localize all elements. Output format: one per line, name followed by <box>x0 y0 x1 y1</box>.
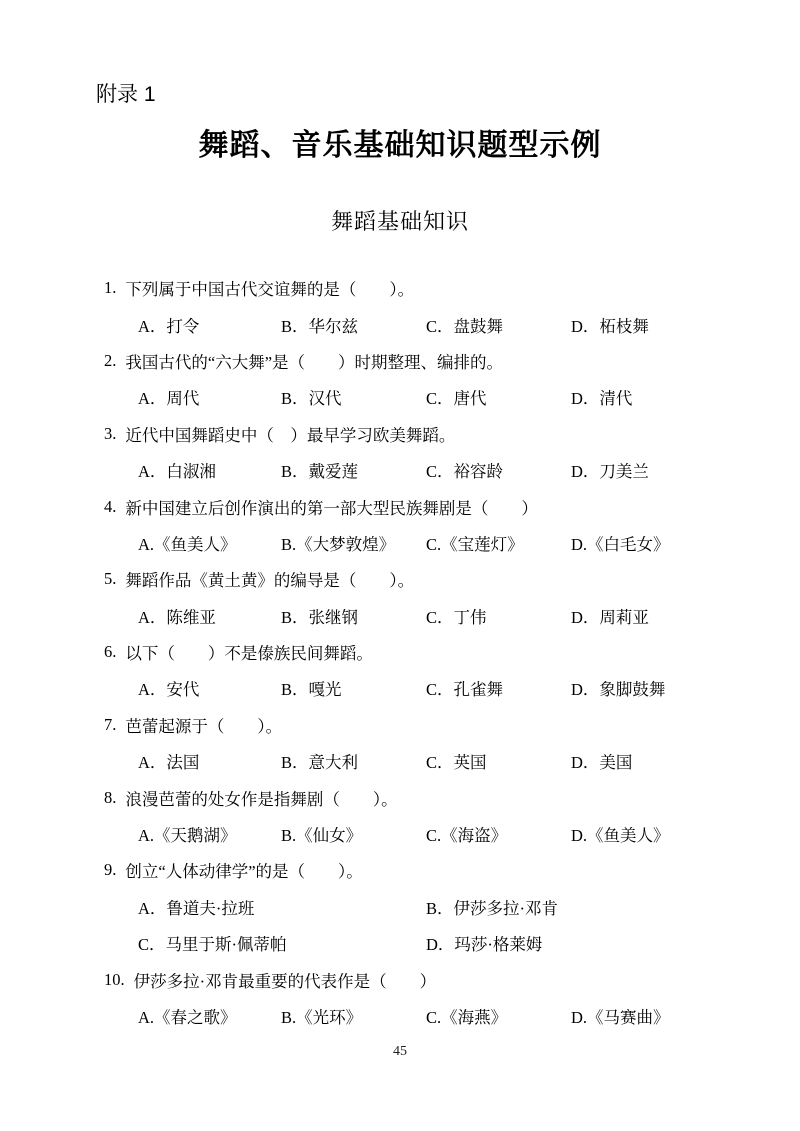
question-7-number: 7. <box>104 715 116 735</box>
question-5-option-d: D．周莉亚 <box>571 604 649 628</box>
question-9-options-row-1: A．鲁道夫·拉班 B．伊莎多拉·邓肯 <box>104 889 756 925</box>
question-5-option-b: B．张继钢 <box>281 604 426 628</box>
document-title: 舞蹈、音乐基础知识题型示例 <box>0 120 800 164</box>
question-1-stem: 1. 下列属于中国古代交谊舞的是（ ）。 <box>104 270 756 306</box>
question-3-option-a: A．白淑湘 <box>138 458 281 482</box>
question-2-text: 我国古代的“六大舞”是（ ）时期整理、编排的。 <box>125 349 503 373</box>
question-6-option-a: A．安代 <box>138 676 281 700</box>
question-4-options: A.《鱼美人》 B.《大梦敦煌》 C.《宝莲灯》 D.《白毛女》 <box>104 525 756 561</box>
question-1-option-d: D．柘枝舞 <box>571 313 649 337</box>
question-10-stem: 10. 伊莎多拉·邓肯最重要的代表作是（ ） <box>104 961 756 997</box>
question-10-option-b: B.《光环》 <box>281 1004 426 1028</box>
question-4-option-d: D.《白毛女》 <box>571 531 670 555</box>
question-6-option-d: D．象脚鼓舞 <box>571 676 665 700</box>
question-10-option-c: C.《海燕》 <box>426 1004 571 1028</box>
question-10-option-d: D.《马赛曲》 <box>571 1004 670 1028</box>
question-5-number: 5. <box>104 569 116 589</box>
question-2-option-c: C．唐代 <box>426 385 571 409</box>
question-9-option-d: D．玛莎·格莱姆 <box>426 931 542 955</box>
question-1-option-b: B．华尔兹 <box>281 313 426 337</box>
question-3-text: 近代中国舞蹈史中（ ）最早学习欧美舞蹈。 <box>125 422 455 446</box>
question-5-option-a: A．陈维亚 <box>138 604 281 628</box>
question-3-number: 3. <box>104 424 116 444</box>
question-9-option-a: A．鲁道夫·拉班 <box>138 895 426 919</box>
question-8-option-d: D.《鱼美人》 <box>571 822 670 846</box>
question-7-stem: 7. 芭蕾起源于（ ）。 <box>104 707 756 743</box>
question-7-option-a: A．法国 <box>138 749 281 773</box>
question-6-number: 6. <box>104 642 116 662</box>
question-9-option-b: B．伊莎多拉·邓肯 <box>426 895 558 919</box>
question-9-options-row-2: C．马里于斯·佩蒂帕 D．玛莎·格莱姆 <box>104 925 756 961</box>
question-8-number: 8. <box>104 788 116 808</box>
question-5-stem: 5. 舞蹈作品《黄土黄》的编导是（ ）。 <box>104 561 756 597</box>
question-2-option-a: A．周代 <box>138 385 281 409</box>
document-page: 附录 1 舞蹈、音乐基础知识题型示例 舞蹈基础知识 1. 下列属于中国古代交谊舞… <box>0 0 800 1131</box>
question-3-option-c: C．裕容龄 <box>426 458 571 482</box>
question-6-text: 以下（ ）不是傣族民间舞蹈。 <box>125 640 373 664</box>
question-1-option-c: C．盘鼓舞 <box>426 313 571 337</box>
question-4-number: 4. <box>104 497 116 517</box>
question-3-stem: 3. 近代中国舞蹈史中（ ）最早学习欧美舞蹈。 <box>104 416 756 452</box>
question-8-text: 浪漫芭蕾的处女作是指舞剧（ ）。 <box>125 786 397 810</box>
question-4-stem: 4. 新中国建立后创作演出的第一部大型民族舞剧是（ ） <box>104 488 756 524</box>
question-2-number: 2. <box>104 351 116 371</box>
question-7-option-d: D．美国 <box>571 749 632 773</box>
question-4-text: 新中国建立后创作演出的第一部大型民族舞剧是（ ） <box>125 495 538 519</box>
question-1-text: 下列属于中国古代交谊舞的是（ ）。 <box>125 276 414 300</box>
question-6-option-c: C．孔雀舞 <box>426 676 571 700</box>
question-4-option-a: A.《鱼美人》 <box>138 531 281 555</box>
question-6-stem: 6. 以下（ ）不是傣族民间舞蹈。 <box>104 634 756 670</box>
question-8-options: A.《天鹅湖》 B.《仙女》 C.《海盗》 D.《鱼美人》 <box>104 816 756 852</box>
question-2-options: A．周代 B．汉代 C．唐代 D．清代 <box>104 379 756 415</box>
question-5-option-c: C．丁伟 <box>426 604 571 628</box>
question-9-option-c: C．马里于斯·佩蒂帕 <box>138 931 426 955</box>
question-10-number: 10. <box>104 970 125 990</box>
question-1-number: 1. <box>104 278 116 298</box>
question-4-option-c: C.《宝莲灯》 <box>426 531 571 555</box>
question-5-options: A．陈维亚 B．张继钢 C．丁伟 D．周莉亚 <box>104 598 756 634</box>
question-8-stem: 8. 浪漫芭蕾的处女作是指舞剧（ ）。 <box>104 779 756 815</box>
question-3-options: A．白淑湘 B．戴爱莲 C．裕容龄 D．刀美兰 <box>104 452 756 488</box>
question-2-stem: 2. 我国古代的“六大舞”是（ ）时期整理、编排的。 <box>104 343 756 379</box>
question-7-option-b: B．意大利 <box>281 749 426 773</box>
question-10-text: 伊莎多拉·邓肯最重要的代表作是（ ） <box>134 968 437 992</box>
section-subtitle: 舞蹈基础知识 <box>0 205 800 236</box>
question-2-option-b: B．汉代 <box>281 385 426 409</box>
question-5-text: 舞蹈作品《黄土黄》的编导是（ ）。 <box>125 567 414 591</box>
appendix-label: 附录 1 <box>96 78 156 108</box>
page-number: 45 <box>0 1044 800 1060</box>
question-8-option-c: C.《海盗》 <box>426 822 571 846</box>
question-3-option-b: B．戴爱莲 <box>281 458 426 482</box>
question-1-options: A．打令 B．华尔兹 C．盘鼓舞 D．柘枝舞 <box>104 306 756 342</box>
question-10-option-a: A.《春之歌》 <box>138 1004 281 1028</box>
question-7-options: A．法国 B．意大利 C．英国 D．美国 <box>104 743 756 779</box>
question-8-option-b: B.《仙女》 <box>281 822 426 846</box>
question-9-number: 9. <box>104 860 116 880</box>
question-2-option-d: D．清代 <box>571 385 632 409</box>
question-7-option-c: C．英国 <box>426 749 571 773</box>
question-7-text: 芭蕾起源于（ ）。 <box>125 713 282 737</box>
questions-list: 1. 下列属于中国古代交谊舞的是（ ）。 A．打令 B．华尔兹 C．盘鼓舞 D．… <box>104 270 756 1034</box>
question-6-options: A．安代 B．嘎光 C．孔雀舞 D．象脚鼓舞 <box>104 670 756 706</box>
question-9-text: 创立“人体动律学”的是（ ）。 <box>125 858 362 882</box>
question-6-option-b: B．嘎光 <box>281 676 426 700</box>
question-4-option-b: B.《大梦敦煌》 <box>281 531 426 555</box>
question-3-option-d: D．刀美兰 <box>571 458 649 482</box>
question-9-stem: 9. 创立“人体动律学”的是（ ）。 <box>104 852 756 888</box>
question-8-option-a: A.《天鹅湖》 <box>138 822 281 846</box>
question-10-options: A.《春之歌》 B.《光环》 C.《海燕》 D.《马赛曲》 <box>104 998 756 1034</box>
question-1-option-a: A．打令 <box>138 313 281 337</box>
